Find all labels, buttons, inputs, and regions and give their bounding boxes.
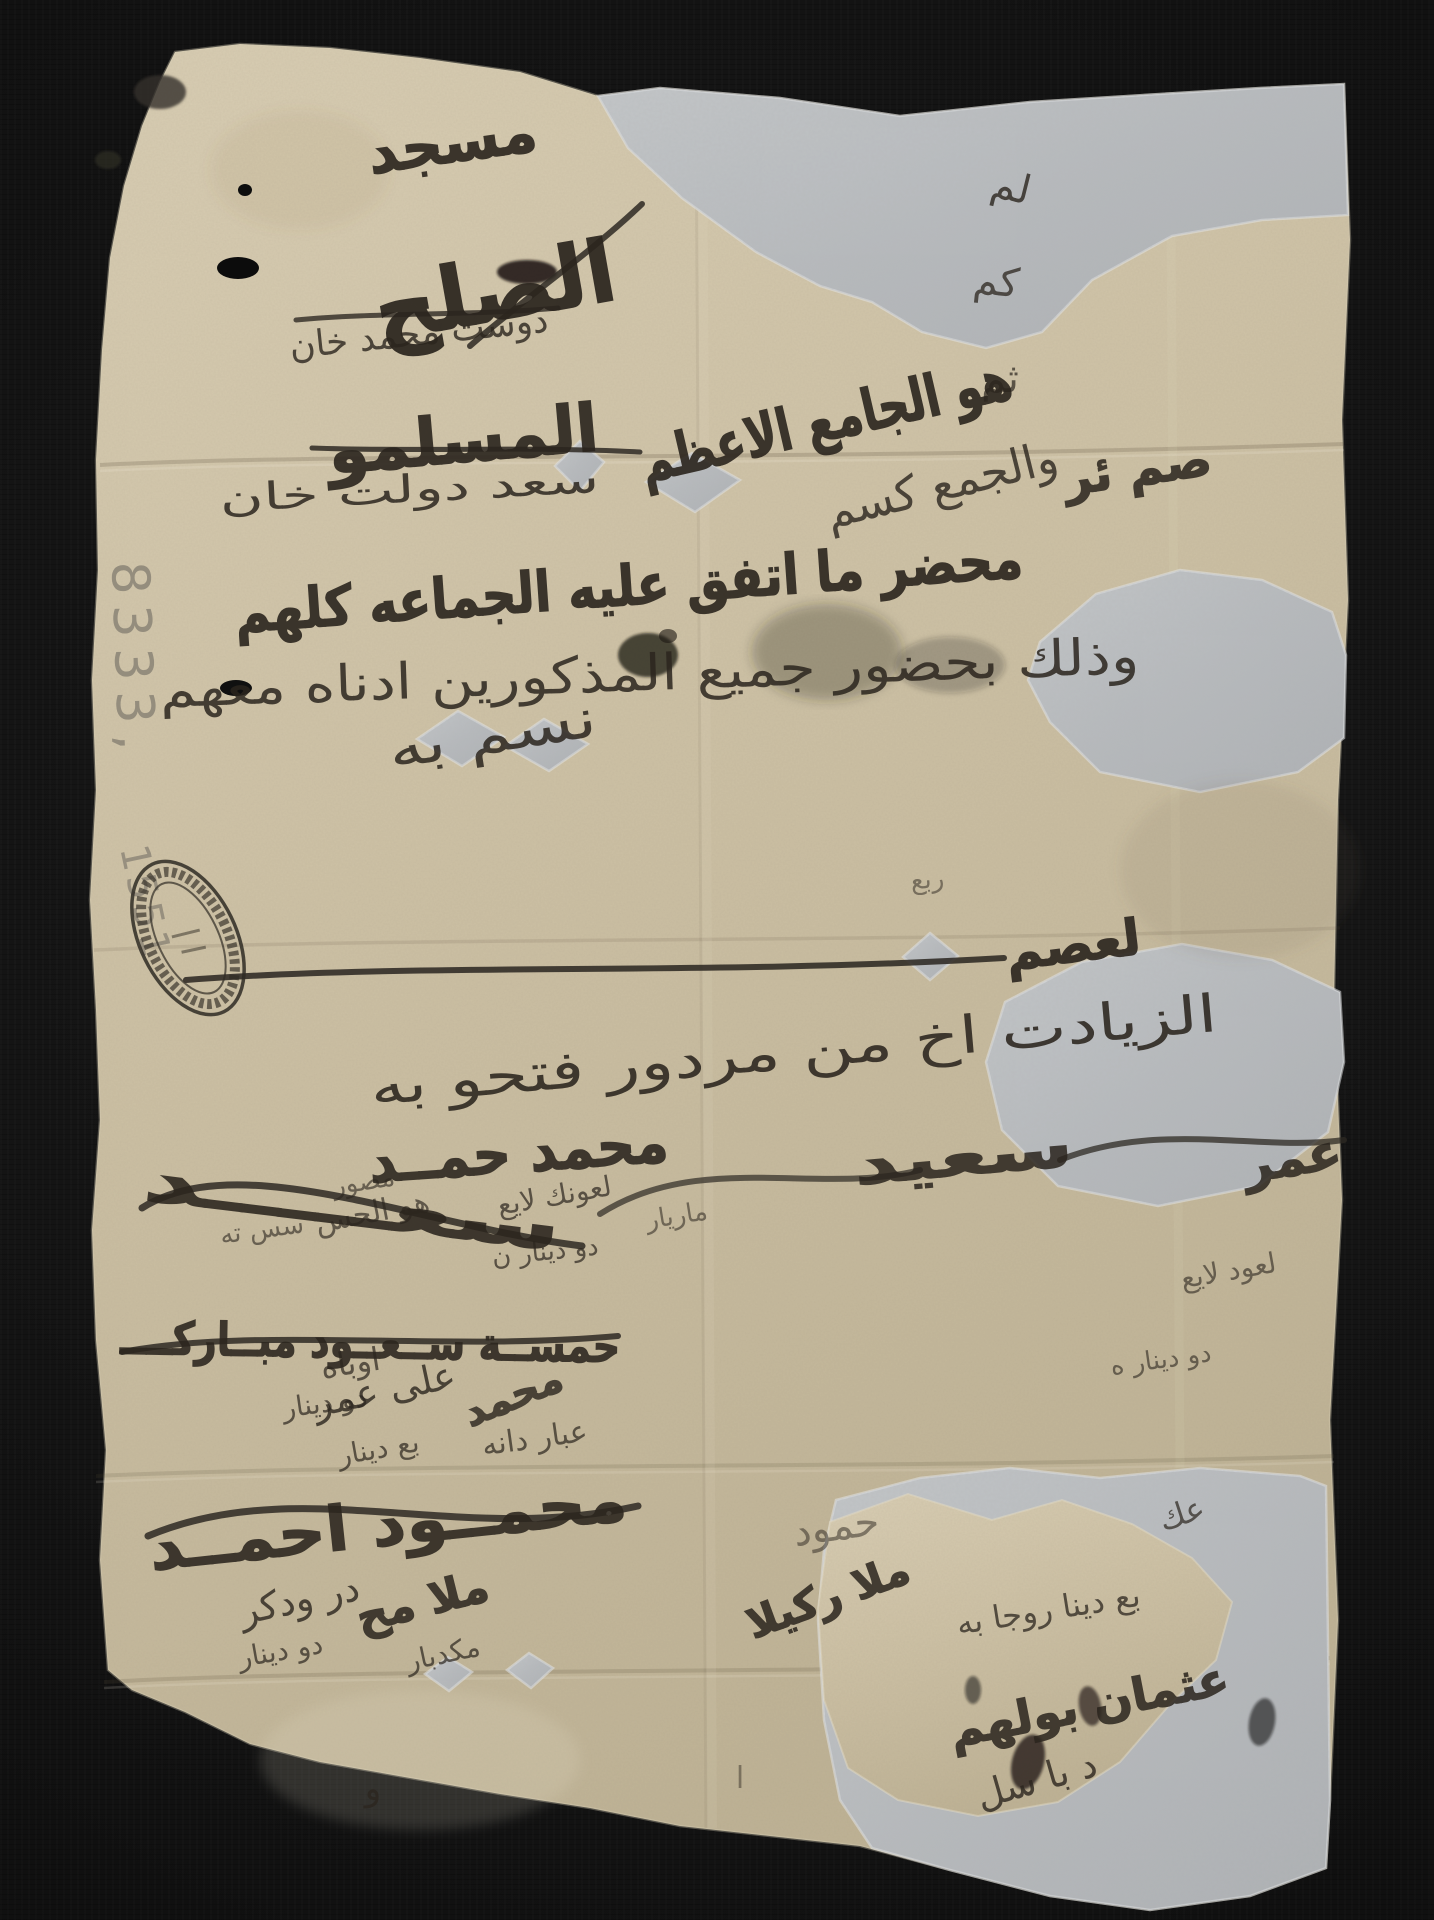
paper-hole xyxy=(217,257,259,279)
edge-smudge xyxy=(95,151,121,169)
manuscript-scan: مسجد الصلح دوست محمد خان المسلمو سعد دول… xyxy=(0,0,1434,1920)
ink-inscription: ا xyxy=(736,1761,744,1796)
ink-inscription: و xyxy=(363,1769,381,1809)
ink-inscription: ربع xyxy=(909,864,945,897)
paper-hole xyxy=(238,184,252,196)
scanner-background: مسجد الصلح دوست محمد خان المسلمو سعد دول… xyxy=(0,0,1434,1920)
pencil-shelf-number: 8333, xyxy=(99,560,166,761)
edge-smudge xyxy=(134,75,186,109)
ink-inscription: كم xyxy=(971,257,1022,308)
